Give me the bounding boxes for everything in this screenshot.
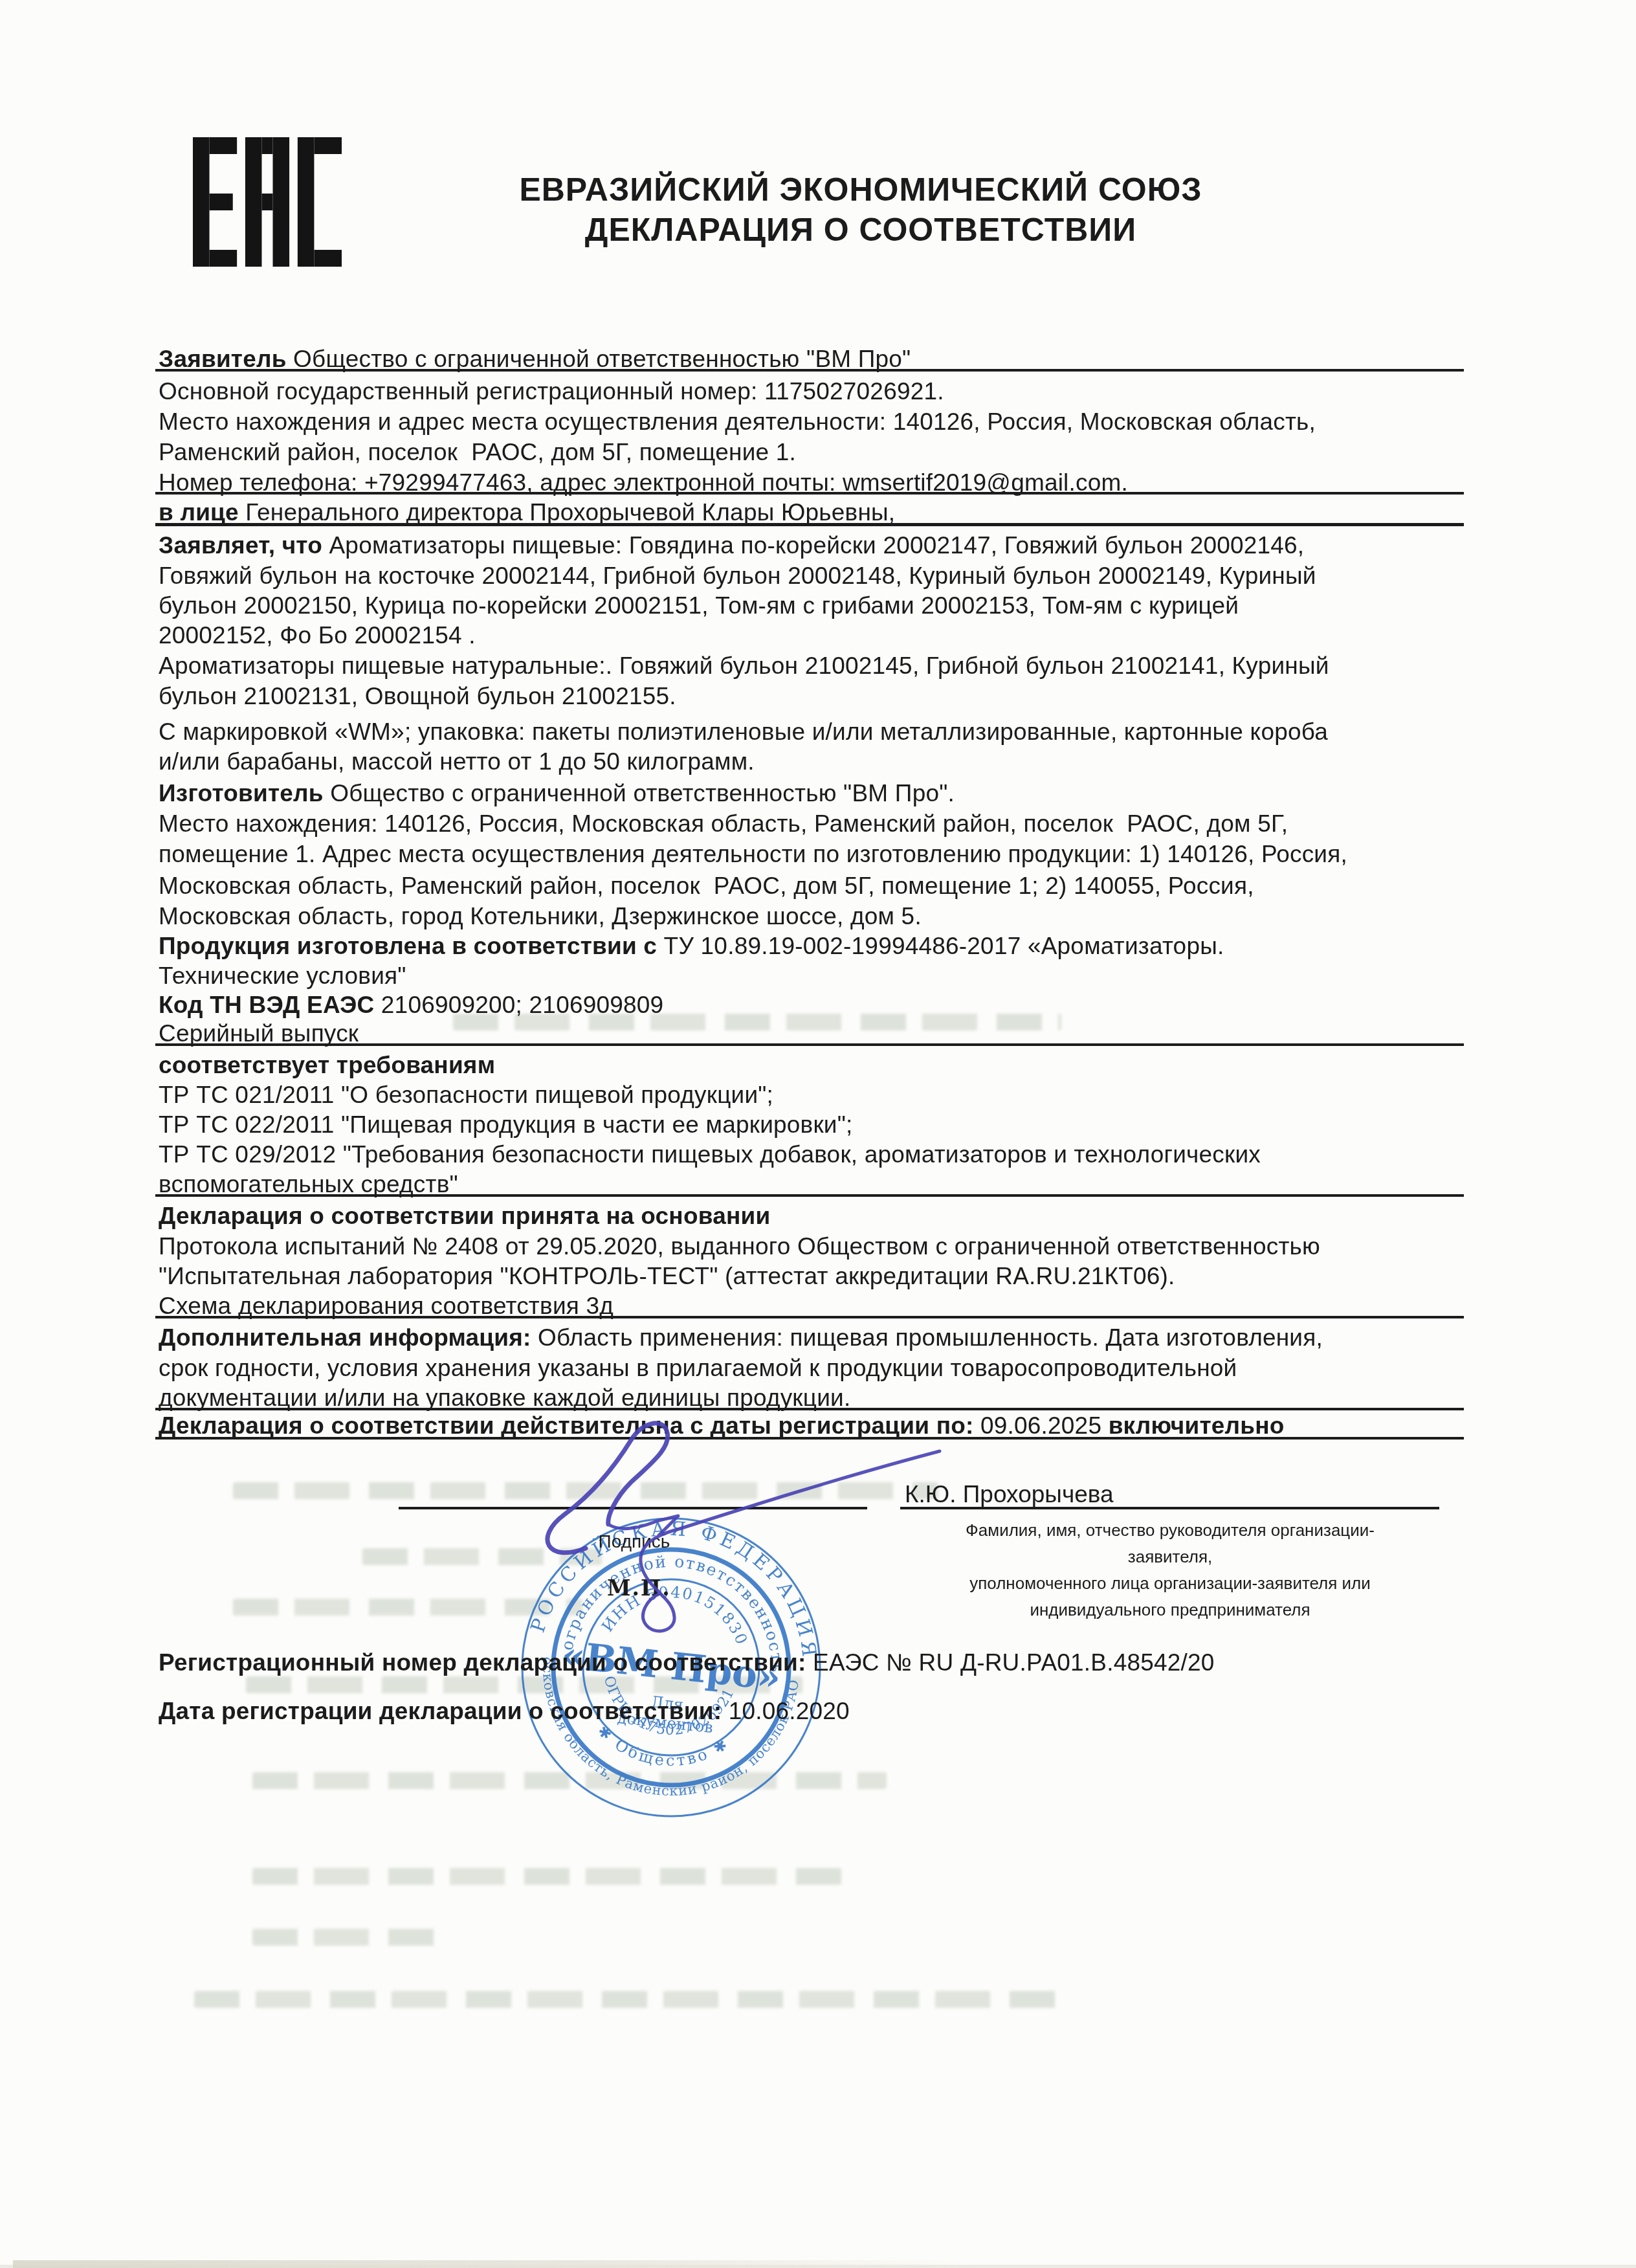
title-union: ЕВРАЗИЙСКИЙ ЭКОНОМИЧЕСКИЙ СОЮЗ: [343, 170, 1378, 210]
doc-line-marking-1: С маркировкой «WM»; упаковка: пакеты пол…: [159, 718, 1479, 746]
doc-line-director: в лице Генерального директора Прохорычев…: [159, 499, 1479, 526]
doc-line-tr-021: ТР ТС 021/2011 "О безопасности пищевой п…: [159, 1082, 1479, 1109]
doc-line-additional-1: Дополнительная информация: Область приме…: [159, 1324, 1479, 1351]
doc-line-declares-1: Заявляет, что Ароматизаторы пищевые: Гов…: [159, 532, 1479, 559]
declaration-document-page: РОССИЙСКАЯ ФЕДЕРАЦИЯ Московская область,…: [0, 0, 1636, 2268]
doc-line-protocol-2: "Испытательная лаборатория "КОНТРОЛЬ-ТЕС…: [159, 1263, 1479, 1290]
doc-line-tu-2: Технические условия": [159, 962, 1479, 990]
doc-line-mfg-address-1: Место нахождения: 140126, Россия, Москов…: [159, 810, 1479, 838]
doc-line-additional-2: срок годности, условия хранения указаны …: [159, 1355, 1479, 1382]
rule: [155, 1043, 1464, 1046]
doc-line-marking-2: и/или барабаны, массой нетто от 1 до 50 …: [159, 748, 1479, 775]
name-caption-line1: Фамилия, имя, отчество руководителя орга…: [924, 1517, 1416, 1570]
doc-line-complies: соответствует требованиям: [159, 1052, 1479, 1079]
doc-line-natural-2: бульон 21002131, Овощной бульон 21002155…: [159, 683, 1479, 710]
doc-line-tr-022: ТР ТС 022/2011 "Пищевая продукция в част…: [159, 1111, 1479, 1139]
rule: [155, 1194, 1464, 1197]
document-title: ЕВРАЗИЙСКИЙ ЭКОНОМИЧЕСКИЙ СОЮЗ ДЕКЛАРАЦИ…: [343, 170, 1378, 250]
doc-line-ogrn: Основной государственный регистрационный…: [159, 378, 1479, 405]
name-caption-line3: индивидуального предпринимателя: [924, 1597, 1416, 1623]
handwritten-signature: [349, 1385, 971, 1657]
rule: [155, 492, 1464, 495]
doc-line-declares-3: бульон 20002150, Курица по-корейски 2000…: [159, 592, 1479, 619]
doc-line-tnved: Код ТН ВЭД ЕАЭС 2106909200; 2106909809: [159, 992, 1479, 1019]
doc-line-basis: Декларация о соответствии принята на осн…: [159, 1203, 1479, 1230]
name-caption-line2: уполномоченного лица организации-заявите…: [924, 1570, 1416, 1597]
rule: [155, 369, 1464, 372]
doc-line-mfg-address-3: Московская область, Раменский район, пос…: [159, 873, 1479, 900]
doc-line-manufacturer: Изготовитель Общество с ограниченной отв…: [159, 780, 1479, 807]
doc-line-protocol-1: Протокола испытаний № 2408 от 29.05.2020…: [159, 1233, 1479, 1260]
doc-line-natural-1: Ароматизаторы пищевые натуральные:. Говя…: [159, 652, 1479, 680]
document-text-layer: ЕВРАЗИЙСКИЙ ЭКОНОМИЧЕСКИЙ СОЮЗ ДЕКЛАРАЦИ…: [0, 0, 1636, 2268]
doc-line-tr-029-1: ТР ТС 029/2012 "Требования безопасности …: [159, 1141, 1479, 1168]
title-doc-type: ДЕКЛАРАЦИЯ О СООТВЕТСТВИИ: [343, 210, 1378, 250]
doc-line-declares-2: Говяжий бульон на косточке 20002144, Гри…: [159, 562, 1479, 590]
doc-line-mfg-address-4: Московская область, город Котельники, Дз…: [159, 903, 1479, 930]
doc-line-address-1: Место нахождения и адрес места осуществл…: [159, 408, 1479, 436]
doc-line-declares-4: 20002152, Фо Бо 20002154 .: [159, 622, 1479, 649]
doc-line-tu-1: Продукция изготовлена в соответствии с Т…: [159, 933, 1479, 960]
doc-line-address-2: Раменский район, поселок РАОС, дом 5Г, п…: [159, 439, 1479, 466]
doc-line-mfg-address-2: помещение 1. Адрес места осуществления д…: [159, 841, 1479, 868]
rule: [155, 523, 1464, 526]
registration-date-line: Дата регистрации декларации о соответств…: [159, 1698, 1479, 1725]
rule: [155, 1316, 1464, 1318]
name-caption: Фамилия, имя, отчество руководителя орга…: [924, 1517, 1416, 1623]
